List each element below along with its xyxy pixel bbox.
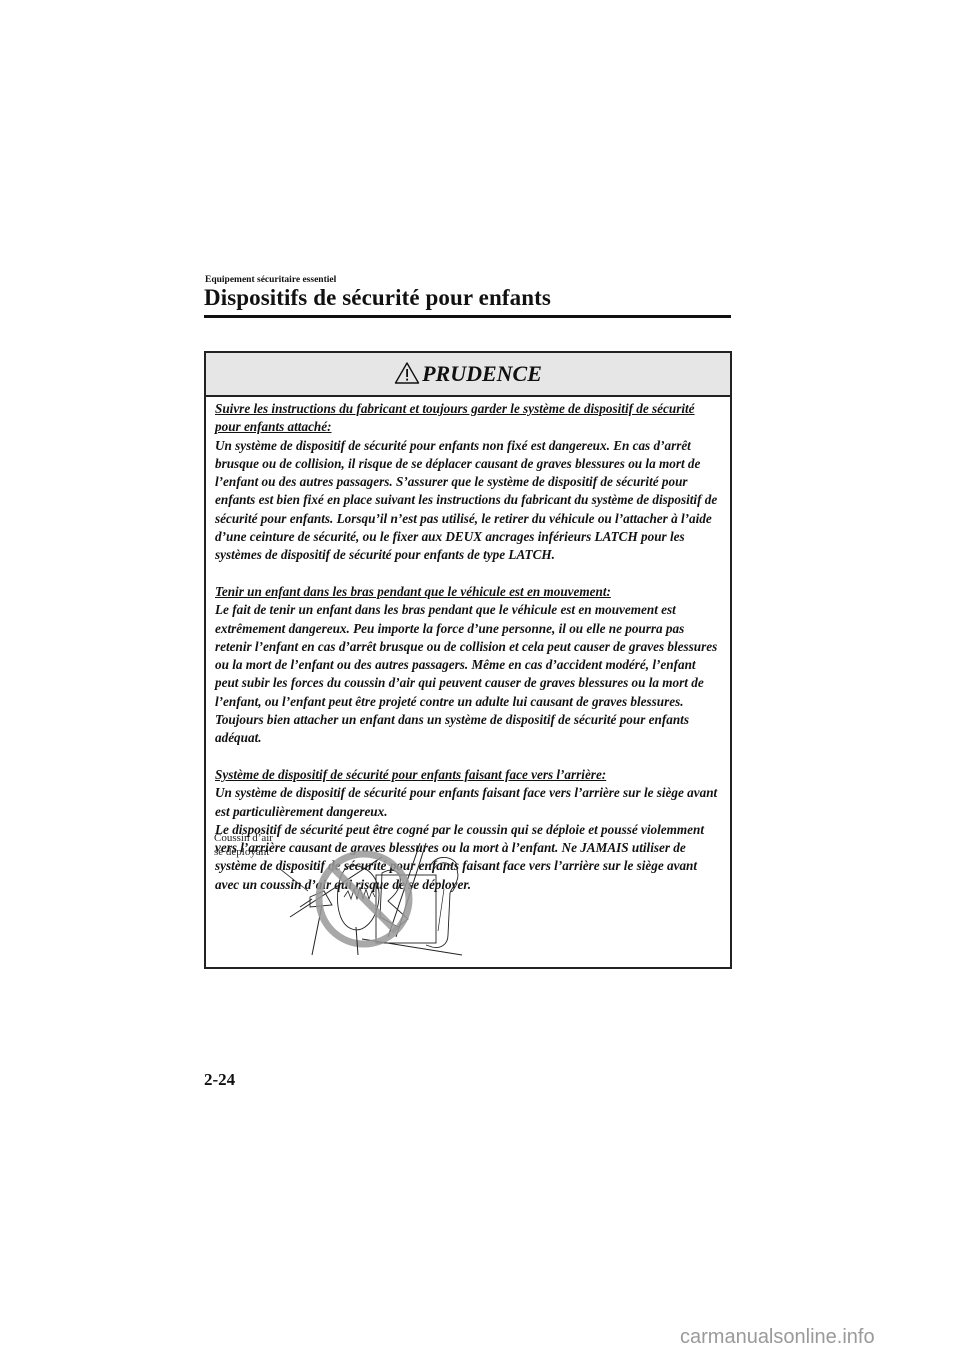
section-heading-holding-child: Tenir un enfant dans les bras pendant qu… [215,583,722,601]
airbag-figure: Coussin d’air se déployant [212,827,472,957]
caution-body: Suivre les instructions du fabricant et … [206,397,730,894]
caution-title: PRUDENCE [422,361,542,387]
page-number: 2-24 [204,1070,235,1090]
figure-caption: Coussin d’air se déployant [214,831,273,859]
section-text-rear-facing-1: Un système de dispositif de sécurité pou… [215,784,722,821]
section-heading-rear-facing: Système de dispositif de sécurité pour e… [215,766,722,784]
section-text-holding-child: Le fait de tenir un enfant dans les bras… [215,601,722,747]
warning-triangle-icon [394,361,420,385]
figure-caption-line-1: Coussin d’air [214,832,273,844]
section-heading-attached: Suivre les instructions du fabricant et … [215,400,722,437]
caution-box: PRUDENCE Suivre les instructions du fabr… [204,351,732,969]
watermark: carmanualsonline.info [680,1326,875,1349]
section-text-attached: Un système de dispositif de sécurité pou… [215,437,722,565]
title-rule [204,315,731,318]
page-title: Dispositifs de sécurité pour enfants [204,285,551,311]
caution-header: PRUDENCE [206,353,730,397]
section-label: Equipement sécuritaire essentiel [205,275,336,285]
figure-caption-line-2: se déployant [214,846,269,858]
